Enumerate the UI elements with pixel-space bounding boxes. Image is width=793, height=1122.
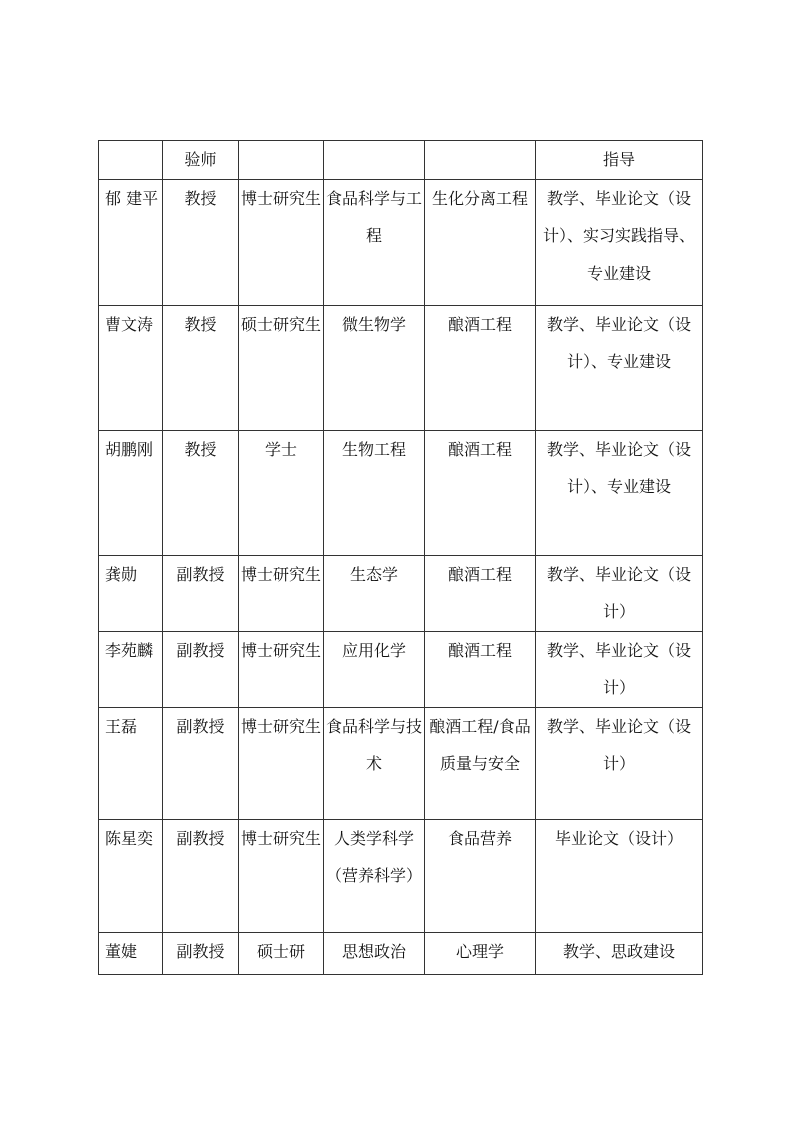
degree-cell: 学士 bbox=[239, 430, 324, 555]
discipline-cell: 酿酒工程 bbox=[425, 430, 536, 555]
major-cell: 生物工程 bbox=[324, 430, 425, 555]
faculty-table: 验师 指导 郁 建平 教授 博士研究生 食品科学与工程 生化分离工程 教学、毕业… bbox=[98, 140, 703, 975]
discipline-cell: 酿酒工程 bbox=[425, 631, 536, 707]
name-cell: 李苑麟 bbox=[99, 631, 163, 707]
duty-cell: 教学、毕业论文（设计） bbox=[536, 555, 703, 631]
table-header-row: 验师 指导 bbox=[99, 141, 703, 180]
name-cell: 胡鹏刚 bbox=[99, 430, 163, 555]
discipline-cell: 酿酒工程/食品质量与安全 bbox=[425, 707, 536, 819]
name-cell: 郁 建平 bbox=[99, 179, 163, 305]
duty-cell: 教学、毕业论文（设计）、实习实践指导、专业建设 bbox=[536, 179, 703, 305]
discipline-cell: 心理学 bbox=[425, 932, 536, 974]
major-cell: 人类学科学（营养科学） bbox=[324, 819, 425, 932]
discipline-cell: 酿酒工程 bbox=[425, 305, 536, 430]
header-cell: 验师 bbox=[163, 141, 239, 180]
degree-cell: 博士研究生 bbox=[239, 179, 324, 305]
discipline-cell: 酿酒工程 bbox=[425, 555, 536, 631]
title-cell: 副教授 bbox=[163, 555, 239, 631]
table-row: 郁 建平 教授 博士研究生 食品科学与工程 生化分离工程 教学、毕业论文（设计）… bbox=[99, 179, 703, 305]
duty-cell: 教学、思政建设 bbox=[536, 932, 703, 974]
header-cell: 指导 bbox=[536, 141, 703, 180]
name-cell: 曹文涛 bbox=[99, 305, 163, 430]
table-row: 龚勋 副教授 博士研究生 生态学 酿酒工程 教学、毕业论文（设计） bbox=[99, 555, 703, 631]
major-cell: 思想政治 bbox=[324, 932, 425, 974]
title-cell: 副教授 bbox=[163, 819, 239, 932]
major-cell: 应用化学 bbox=[324, 631, 425, 707]
table-row: 李苑麟 副教授 博士研究生 应用化学 酿酒工程 教学、毕业论文（设计） bbox=[99, 631, 703, 707]
major-cell: 食品科学与工程 bbox=[324, 179, 425, 305]
degree-cell: 硕士研 bbox=[239, 932, 324, 974]
degree-cell: 博士研究生 bbox=[239, 555, 324, 631]
title-cell: 教授 bbox=[163, 179, 239, 305]
discipline-cell: 生化分离工程 bbox=[425, 179, 536, 305]
degree-cell: 硕士研究生 bbox=[239, 305, 324, 430]
table-row: 曹文涛 教授 硕士研究生 微生物学 酿酒工程 教学、毕业论文（设计）、专业建设 bbox=[99, 305, 703, 430]
name-cell: 龚勋 bbox=[99, 555, 163, 631]
discipline-cell: 食品营养 bbox=[425, 819, 536, 932]
header-cell bbox=[99, 141, 163, 180]
title-cell: 教授 bbox=[163, 305, 239, 430]
name-cell: 董婕 bbox=[99, 932, 163, 974]
title-cell: 副教授 bbox=[163, 932, 239, 974]
duty-cell: 毕业论文（设计） bbox=[536, 819, 703, 932]
name-cell: 陈星奕 bbox=[99, 819, 163, 932]
title-cell: 副教授 bbox=[163, 631, 239, 707]
major-cell: 食品科学与技术 bbox=[324, 707, 425, 819]
duty-cell: 教学、毕业论文（设计） bbox=[536, 631, 703, 707]
degree-cell: 博士研究生 bbox=[239, 631, 324, 707]
degree-cell: 博士研究生 bbox=[239, 707, 324, 819]
title-cell: 副教授 bbox=[163, 707, 239, 819]
duty-cell: 教学、毕业论文（设计） bbox=[536, 707, 703, 819]
header-cell bbox=[324, 141, 425, 180]
table-row: 胡鹏刚 教授 学士 生物工程 酿酒工程 教学、毕业论文（设计）、专业建设 bbox=[99, 430, 703, 555]
duty-cell: 教学、毕业论文（设计）、专业建设 bbox=[536, 430, 703, 555]
major-cell: 微生物学 bbox=[324, 305, 425, 430]
name-cell: 王磊 bbox=[99, 707, 163, 819]
table-row: 董婕 副教授 硕士研 思想政治 心理学 教学、思政建设 bbox=[99, 932, 703, 974]
degree-cell: 博士研究生 bbox=[239, 819, 324, 932]
title-cell: 教授 bbox=[163, 430, 239, 555]
table-row: 陈星奕 副教授 博士研究生 人类学科学（营养科学） 食品营养 毕业论文（设计） bbox=[99, 819, 703, 932]
table-row: 王磊 副教授 博士研究生 食品科学与技术 酿酒工程/食品质量与安全 教学、毕业论… bbox=[99, 707, 703, 819]
header-cell bbox=[239, 141, 324, 180]
duty-cell: 教学、毕业论文（设计）、专业建设 bbox=[536, 305, 703, 430]
major-cell: 生态学 bbox=[324, 555, 425, 631]
header-cell bbox=[425, 141, 536, 180]
